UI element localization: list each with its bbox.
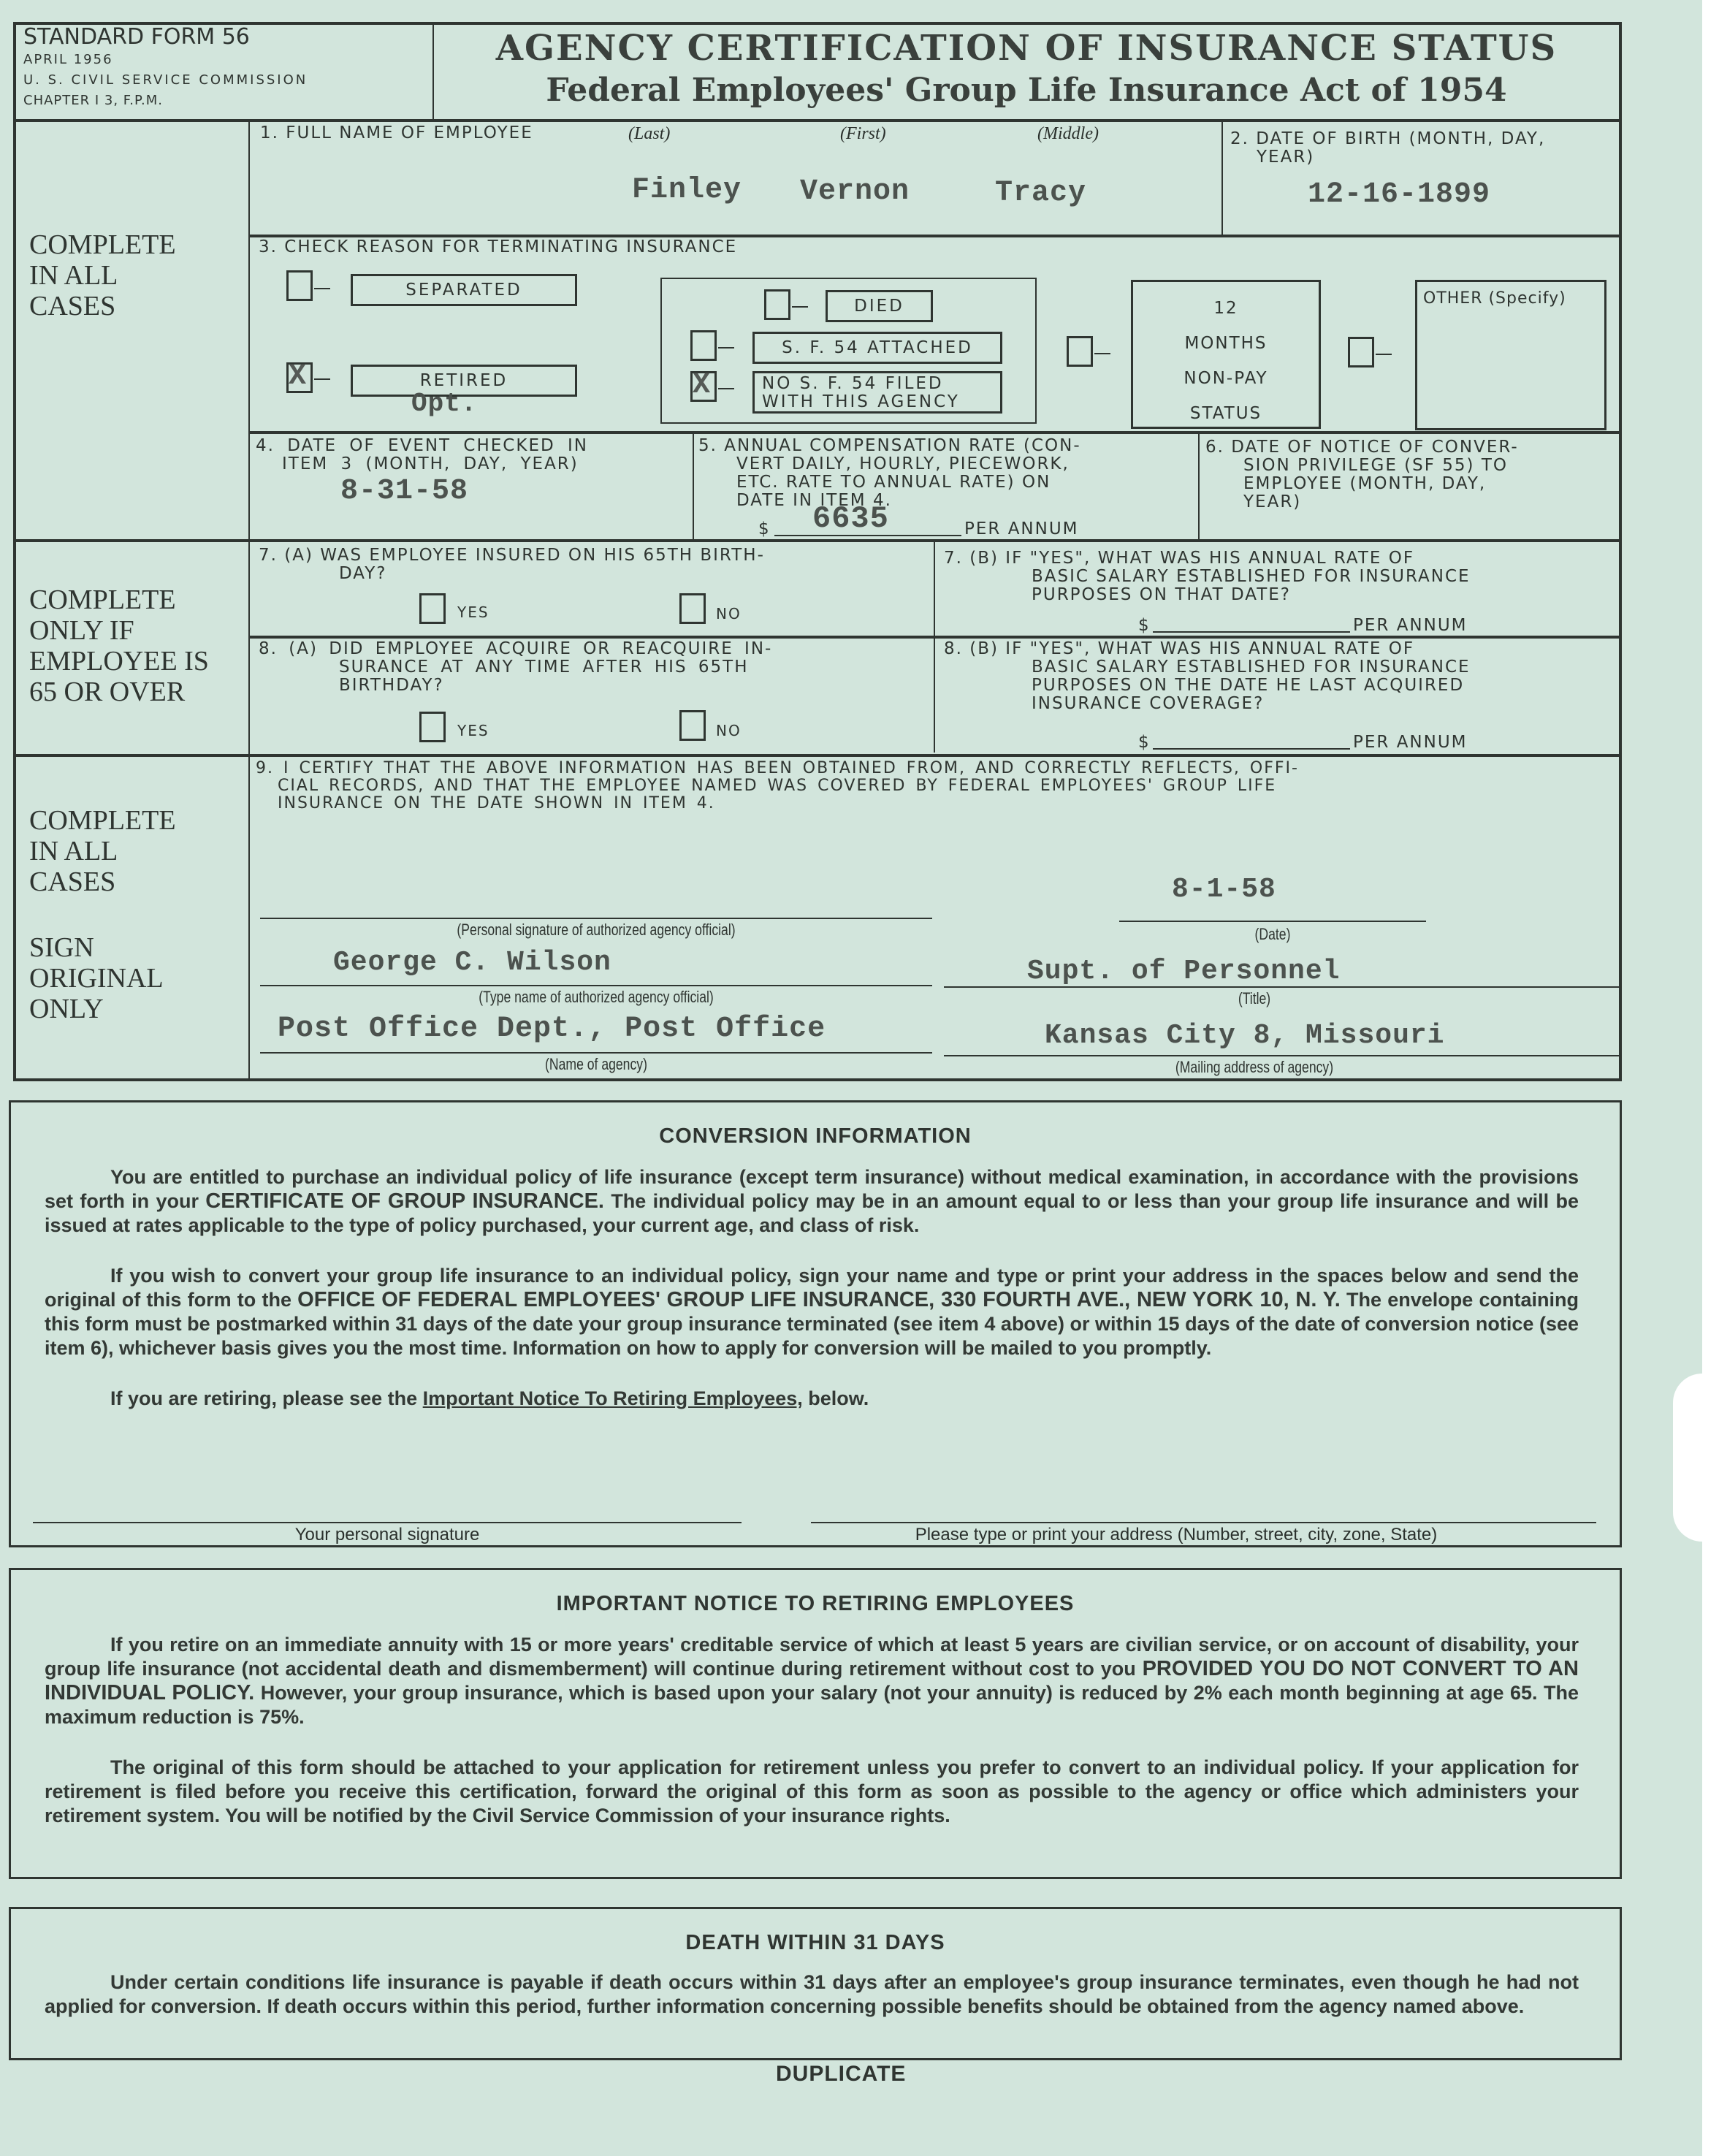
item3-bottom-rule <box>250 431 1620 434</box>
item1-last-hint: (Last) <box>628 124 670 144</box>
employee-middle-name[interactable]: Tracy <box>995 177 1086 210</box>
header-bottom-rule <box>15 119 1620 122</box>
option-died: DIED <box>826 290 933 322</box>
checkbox-no-sf54-filed[interactable]: X <box>690 371 717 402</box>
item9-certification-text: 9. I CERTIFY THAT THE ABOVE INFORMATION … <box>256 760 1299 812</box>
retiring-notice-box: IMPORTANT NOTICE TO RETIRING EMPLOYEES I… <box>9 1568 1622 1879</box>
signature-line[interactable] <box>260 918 932 919</box>
form-subtitle: Federal Employees' Group Life Insurance … <box>438 72 1615 109</box>
date-caption: (Date) <box>1150 925 1395 944</box>
retiring-notice-link[interactable]: Important Notice To Retiring Employees, <box>423 1387 803 1409</box>
checkbox-8a-yes[interactable] <box>419 712 446 742</box>
agency-name-line <box>260 1052 932 1054</box>
option-other-specify[interactable]: OTHER (Specify) <box>1415 280 1606 430</box>
checkbox-7a-no-label: NO <box>716 605 742 623</box>
item7a-item7b-divider <box>934 541 935 753</box>
connector-line <box>1376 354 1392 355</box>
section1-bottom-rule <box>15 539 1620 542</box>
date-line <box>1119 921 1426 922</box>
agency-address-line <box>944 1055 1620 1056</box>
connector-line <box>1094 353 1110 354</box>
conversion-paragraph-3: If you are retiring, please see the Impo… <box>45 1387 1579 1411</box>
form-title: AGENCY CERTIFICATION OF INSURANCE STATUS <box>438 28 1615 69</box>
side-column-divider <box>248 121 250 1080</box>
connector-line <box>792 306 808 308</box>
checkbox-7a-yes[interactable] <box>419 593 446 624</box>
item7-bottom-rule <box>250 636 1620 639</box>
official-title-line <box>944 986 1620 988</box>
retiring-notice-title: IMPORTANT NOTICE TO RETIRING EMPLOYEES <box>11 1592 1620 1616</box>
item5-currency: $ <box>758 520 771 538</box>
item8b-suffix: PER ANNUM <box>1353 734 1468 752</box>
retired-note: Opt. <box>411 389 477 419</box>
section2-bottom-rule <box>15 754 1620 757</box>
form-date: APRIL 1956 <box>23 50 432 70</box>
annual-compensation-value[interactable]: 6635 <box>812 501 889 536</box>
item8a-label: 8. (A) DID EMPLOYEE ACQUIRE OR REACQUIRE… <box>259 640 772 695</box>
employee-address-caption: Please type or print your address (Numbe… <box>811 1525 1541 1545</box>
event-date-value[interactable]: 8-31-58 <box>340 475 468 508</box>
item8b-currency: $ <box>1138 734 1151 752</box>
duplicate-copy-label: DUPLICATE <box>776 2062 906 2087</box>
side-label-complete-all-cases-2: COMPLETE IN ALL CASES <box>29 805 176 897</box>
agency-address-caption: (Mailing address of agency) <box>1006 1058 1503 1077</box>
personal-signature-line[interactable] <box>33 1522 742 1523</box>
agency-name-value[interactable]: Post Office Dept., Post Office <box>278 1013 826 1045</box>
employee-last-name[interactable]: Finley <box>632 174 742 207</box>
employee-address-line[interactable] <box>811 1522 1596 1523</box>
item7a-label: 7. (A) WAS EMPLOYEE INSURED ON HIS 65TH … <box>259 546 765 583</box>
item5-suffix: PER ANNUM <box>964 520 1079 538</box>
checkbox-non-pay-status[interactable] <box>1067 336 1093 367</box>
header-divider <box>432 23 434 121</box>
conversion-paragraph-1: You are entitled to purchase an individu… <box>45 1165 1579 1238</box>
item4-item5-divider <box>693 433 694 541</box>
item8b-amount-line[interactable] <box>1153 748 1350 750</box>
conversion-body: You are entitled to purchase an individu… <box>45 1165 1579 1411</box>
item5-label: 5. ANNUAL COMPENSATION RATE (CON- VERT D… <box>698 437 1081 510</box>
side-label-complete-all-cases: COMPLETE IN ALL CASES <box>29 229 176 321</box>
item7b-currency: $ <box>1138 617 1151 635</box>
death-notice-body: Under certain conditions life insurance … <box>45 1970 1579 2019</box>
item5-item6-divider <box>1198 433 1200 541</box>
form-identifier: STANDARD FORM 56 APRIL 1956 U. S. CIVIL … <box>23 25 432 111</box>
item8b-label: 8. (B) IF "YES", WHAT WAS HIS ANNUAL RAT… <box>944 640 1471 713</box>
official-title-value[interactable]: Supt. of Personnel <box>1027 956 1340 987</box>
item1-label: 1. FULL NAME OF EMPLOYEE <box>260 124 533 142</box>
option-separated: SEPARATED <box>351 274 577 306</box>
side-label-complete-if-65: COMPLETE ONLY IF EMPLOYEE IS 65 OR OVER <box>29 584 209 707</box>
checkbox-7a-yes-label: YES <box>457 603 489 622</box>
form-issuer: U. S. CIVIL SERVICE COMMISSION <box>23 70 432 91</box>
checkbox-8a-no-label: NO <box>716 722 742 740</box>
checkbox-separated[interactable] <box>286 270 313 301</box>
item1-first-hint: (First) <box>840 124 886 144</box>
date-of-birth-value[interactable]: 12-16-1899 <box>1308 178 1490 211</box>
checkbox-died[interactable] <box>764 289 790 320</box>
official-name-caption: (Type name of authorized agency official… <box>327 988 865 1007</box>
item2-label: 2. DATE OF BIRTH (MONTH, DAY, YEAR) <box>1230 130 1545 167</box>
connector-line <box>718 388 734 389</box>
official-name-line <box>260 985 932 986</box>
agency-address-value[interactable]: Kansas City 8, Missouri <box>1045 1020 1445 1051</box>
death-notice-box: DEATH WITHIN 31 DAYS Under certain condi… <box>9 1907 1622 2060</box>
certification-date-value[interactable]: 8-1-58 <box>1172 874 1276 905</box>
checkbox-retired[interactable]: X <box>286 362 313 393</box>
item1-item2-divider <box>1221 121 1223 235</box>
signature-caption: (Personal signature of authorized agency… <box>327 921 865 940</box>
agency-name-caption: (Name of agency) <box>327 1055 865 1074</box>
option-no-sf54-filed: NO S. F. 54 FILED WITH THIS AGENCY <box>752 371 1002 414</box>
connector-line <box>314 288 330 289</box>
checkbox-8a-yes-label: YES <box>457 722 489 740</box>
item6-label: 6. DATE OF NOTICE OF CONVER- SION PRIVIL… <box>1205 438 1519 511</box>
conversion-information-box: CONVERSION INFORMATION You are entitled … <box>9 1100 1622 1547</box>
retiring-paragraph-2: The original of this form should be atta… <box>45 1756 1579 1828</box>
form-chapter: CHAPTER I 3, F.P.M. <box>23 91 432 111</box>
item4-label: 4. DATE OF EVENT CHECKED IN ITEM 3 (MONT… <box>256 437 588 473</box>
official-name-value[interactable]: George C. Wilson <box>333 947 611 978</box>
employee-first-name[interactable]: Vernon <box>800 175 910 208</box>
checkbox-7a-no[interactable] <box>679 593 706 624</box>
form-number: STANDARD FORM 56 <box>23 25 432 50</box>
checkbox-8a-no[interactable] <box>679 710 706 741</box>
option-sf54-attached: S. F. 54 ATTACHED <box>752 332 1002 364</box>
checkbox-sf54-attached[interactable] <box>690 330 717 361</box>
checkbox-other[interactable] <box>1348 337 1374 367</box>
option-non-pay-status: 12 MONTHS NON-PAY STATUS <box>1131 280 1321 429</box>
retiring-notice-body: If you retire on an immediate annuity wi… <box>45 1633 1579 1828</box>
connector-line <box>314 378 330 380</box>
item3-label: 3. CHECK REASON FOR TERMINATING INSURANC… <box>259 238 737 256</box>
conversion-title: CONVERSION INFORMATION <box>11 1124 1620 1149</box>
item7b-amount-line[interactable] <box>1153 631 1350 633</box>
item1-middle-hint: (Middle) <box>1037 124 1099 144</box>
item7b-suffix: PER ANNUM <box>1353 617 1468 635</box>
retiring-paragraph-1: If you retire on an immediate annuity wi… <box>45 1633 1579 1729</box>
item7b-label: 7. (B) IF "YES", WHAT WAS HIS ANNUAL RAT… <box>944 549 1471 604</box>
conversion-paragraph-2: If you wish to convert your group life i… <box>45 1264 1579 1360</box>
death-notice-title: DEATH WITHIN 31 DAYS <box>11 1931 1620 1955</box>
personal-signature-caption: Your personal signature <box>33 1525 742 1545</box>
official-title-caption: (Title) <box>1006 989 1503 1008</box>
side-label-sign-original: SIGN ORIGINAL ONLY <box>29 932 164 1024</box>
connector-line <box>718 347 734 348</box>
